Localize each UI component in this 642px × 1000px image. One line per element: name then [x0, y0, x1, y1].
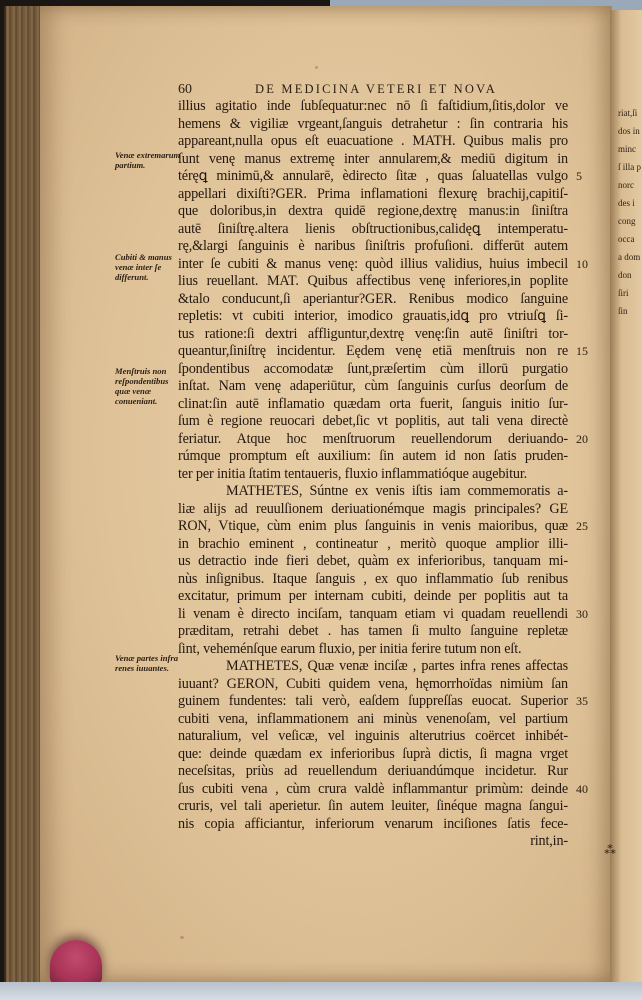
line-number: 5 — [576, 169, 582, 184]
line-number: 35 — [576, 694, 588, 709]
text-line: RON, Vtique, cùm enim plus ſanguinis in … — [178, 518, 568, 536]
text-line: nis copia afficiantur, inferiorum venaru… — [178, 816, 568, 834]
facing-page-edge: riat,ſidos inmincſ illa pnorcdes icongoc… — [610, 10, 642, 982]
line-number: 30 — [576, 607, 588, 622]
text-line: neceſsitas, priùs ad reuellendum deriuan… — [178, 763, 568, 781]
page-number: 60 — [178, 82, 192, 98]
text-line: tus ratione:ſi dextri affliguntur,dextrę… — [178, 326, 568, 344]
text-line: appareant,nulla opus eſt euacuatione . M… — [178, 133, 568, 151]
text-line: ſint, veheménſque earum fluxio, per init… — [178, 641, 568, 659]
line-number: 10 — [576, 257, 588, 272]
facing-page-text-fragment: a dom — [618, 252, 640, 262]
text-line: &talo conducunt,ſi aperiantur?GER. Renib… — [178, 291, 568, 309]
facing-page-text-fragment: occa — [618, 234, 634, 244]
facing-page-text-fragment: ſiri — [618, 288, 629, 298]
text-line: ſpondentibus accomodatæ ſunt,præſertim c… — [178, 361, 568, 379]
facing-page-text-fragment: dos in — [618, 126, 640, 136]
line-number: 40 — [576, 782, 588, 797]
text-line: ter per initia ſtatim tentaueris, fluxio… — [178, 466, 568, 484]
text-line: cruris, vel tali aperietur. ſin autem le… — [178, 798, 568, 816]
paper-spot — [180, 936, 184, 939]
line-number: 15 — [576, 344, 588, 359]
facing-page-text-fragment: cong — [618, 216, 636, 226]
text-line: repletis: vt cubiti interior, imodico gr… — [178, 308, 568, 326]
text-line: ſunt venę manus extremę inter annularem,… — [178, 151, 568, 169]
margin-note: Venæ partes infra renes iuuantes. — [115, 653, 183, 673]
signature-mark: ⁂ — [604, 843, 616, 858]
thumb-holding-page — [50, 940, 102, 984]
text-line: illius agitatio inde ſubſequatur:nec nō … — [178, 98, 568, 116]
text-line: autē ſiniſtrę.altera lienis obſtructioni… — [178, 221, 568, 239]
text-line: clinat:ſin autē inflamatio quædam orta f… — [178, 396, 568, 414]
facing-page-text-fragment: ſin — [618, 306, 628, 316]
text-line: iuuant? GERON, Cubiti quidem vena, hęmor… — [178, 676, 568, 694]
paper-spot — [315, 66, 318, 69]
text-line: us detractio inde fieri debet, quàm ex i… — [178, 553, 568, 571]
text-line: in brachio eminent , contineatur , merit… — [178, 536, 568, 554]
text-line: appellari dixiſti?GER. Prima inflamation… — [178, 186, 568, 204]
margin-note: Menſtruis non reſpondentibus quæ venæ co… — [115, 366, 183, 406]
running-title: DE MEDICINA VETERI ET NOVA — [255, 82, 497, 97]
text-line: excitatur, primum per internam cubiti, d… — [178, 588, 568, 606]
margin-note: Venæ extremarum partium. — [115, 150, 183, 170]
text-line: naturalium, vel veſicæ, vel inguinis alt… — [178, 728, 568, 746]
text-line: hemens & vigiliæ vrgeant,ſanguis detrahe… — [178, 116, 568, 134]
text-line: téręꝗ minimū,& annularē, èdirecto ſitæ ,… — [178, 168, 568, 186]
text-line: cubiti vena, inflammationem ani minùs ve… — [178, 711, 568, 729]
text-line: lius reuellant. MAT. Quibus affectibus v… — [178, 273, 568, 291]
facing-page-text-fragment: riat,ſi — [618, 108, 637, 118]
facing-page-text-fragment: norc — [618, 180, 634, 190]
facing-page-text-fragment: des i — [618, 198, 635, 208]
facing-page-text-fragment: minc — [618, 144, 636, 154]
text-line: MATHETES, Súntne ex venis iſtis iam comm… — [178, 483, 568, 501]
text-line: rę,&largi ſanguinis è naribus ſiniſtris … — [178, 238, 568, 256]
line-number: 20 — [576, 432, 588, 447]
text-line: queantur,ſiniſtrę incidentur. Eędem venę… — [178, 343, 568, 361]
text-line: inſtat. Nam venę adaperiūtur, cùm ſangui… — [178, 378, 568, 396]
main-text-block: illius agitatio inde ſubſequatur:nec nō … — [178, 98, 568, 851]
text-line: MATHETES, Quæ venæ inciſæ , partes infra… — [178, 658, 568, 676]
line-number: 25 — [576, 519, 588, 534]
facing-page-text-fragment: don — [618, 270, 632, 280]
text-line: rúmque promptum eſt auxilium: ſin autem … — [178, 448, 568, 466]
text-line: liæ alijs ad reuulſionem deriuationémque… — [178, 501, 568, 519]
text-line: li venam è directo inciſam, tanquam etia… — [178, 606, 568, 624]
text-line: feriatur. Atque hoc menſtruorum reuellen… — [178, 431, 568, 449]
text-line: inter ſe cubiti & manus venę: quòd illiu… — [178, 256, 568, 274]
text-line: nùs inſignibus. Itaque ſanguis , ex quo … — [178, 571, 568, 589]
text-line: que doloribus,in dextra quidē regione,de… — [178, 203, 568, 221]
text-line: ſum è regione reuocari debet,ſic vt popl… — [178, 413, 568, 431]
facing-page-text-fragment: ſ illa p — [618, 162, 641, 172]
text-line: guinem fundentes: tali verò, eaſdem ſupp… — [178, 693, 568, 711]
margin-note: Cubiti & manus venæ inter ſe differunt. — [115, 252, 183, 282]
text-line: que: deinde quædam ex inferioribus ſuprà… — [178, 746, 568, 764]
text-line: ſus cubiti vena , cùm crura valdè inflam… — [178, 781, 568, 799]
catchword: rint,in- — [178, 833, 568, 851]
text-line: præditam, retrahi debet . has tamen ſi m… — [178, 623, 568, 641]
background-bottom — [0, 982, 642, 1000]
